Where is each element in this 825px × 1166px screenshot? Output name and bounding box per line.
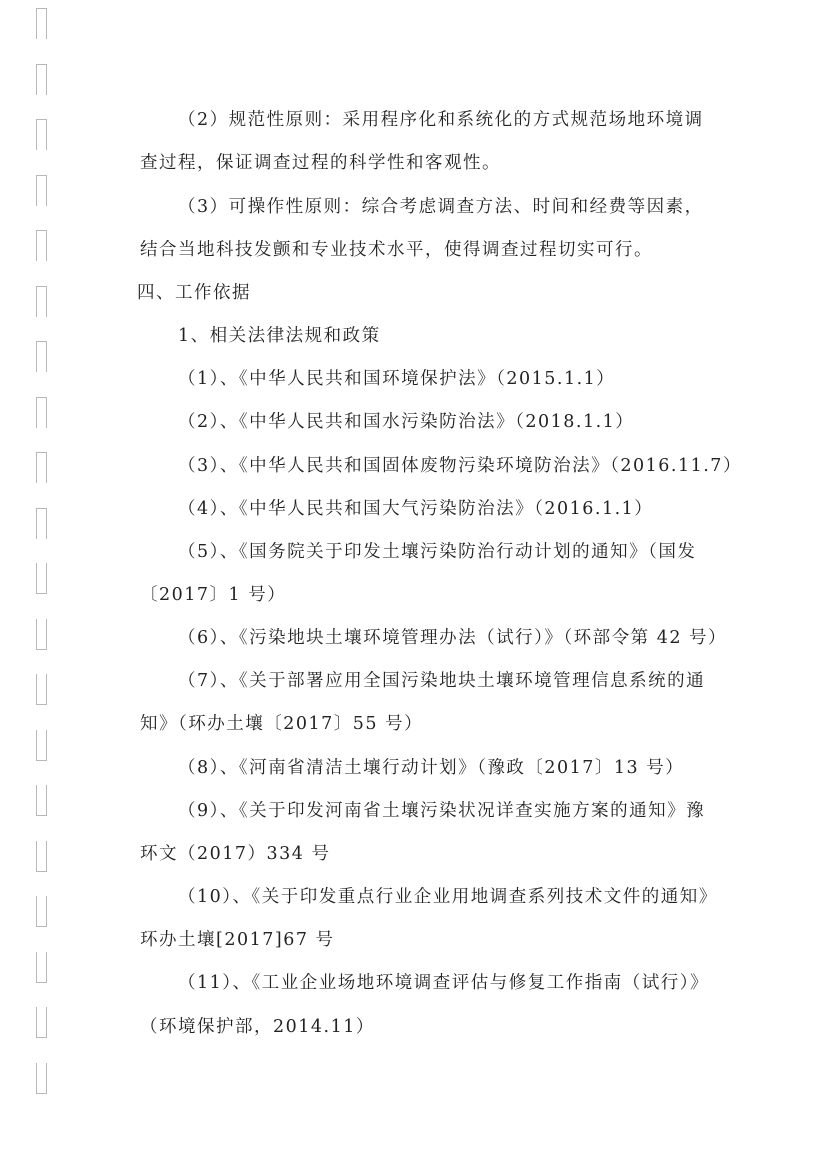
binding-hole-mark (36, 452, 47, 483)
binding-hole-mark (36, 896, 47, 927)
list-item-1: （1）、《中华人民共和国环境保护法》（2015.1.1） (178, 365, 615, 390)
paragraph-principle-3-line1: （3）可操作性原则：综合考虑调查方法、时间和经费等因素， (178, 193, 704, 218)
list-item-11-line1: （11）、《工业企业场地环境调查评估与修复工作指南（试行）》 (178, 969, 709, 994)
binding-hole-mark (36, 730, 47, 761)
binding-hole-mark (36, 230, 47, 261)
binding-hole-mark (36, 1007, 47, 1038)
paragraph-principle-3-line2: 结合当地科技发颤和专业技术水平，使得调查过程切实可行。 (140, 236, 653, 261)
binding-hole-mark (36, 563, 47, 594)
list-item-10-line2: 环办土壤[2017]67 号 (140, 926, 335, 951)
binding-holes (30, 0, 54, 1166)
binding-hole-mark (36, 785, 47, 816)
binding-hole-mark (36, 175, 47, 206)
list-item-10-line1: （10）、《关于印发重点行业企业用地调查系列技术文件的通知》 (178, 883, 718, 908)
binding-hole-mark (36, 841, 47, 872)
list-item-9-line2: 环文（2017）334 号 (140, 840, 331, 865)
list-item-8: （8）、《河南省清洁土壤行动计划》（豫政〔2017〕13 号） (178, 754, 684, 779)
subsection-heading-laws: 1、相关法律法规和政策 (178, 322, 381, 347)
list-item-11-line2: （环境保护部，2014.11） (140, 1013, 375, 1038)
binding-hole-mark (36, 119, 47, 150)
section-heading-work-basis: 四、工作依据 (137, 279, 251, 304)
list-item-4: （4）、《中华人民共和国大气污染防治法》（2016.1.1） (178, 495, 653, 520)
binding-hole-mark (36, 674, 47, 705)
binding-hole-mark (36, 619, 47, 650)
list-item-7-line2: 知》（环办土壤〔2017〕55 号） (140, 710, 423, 735)
list-item-3: （3）、《中华人民共和国固体废物污染环境防治法》（2016.11.7） (178, 452, 742, 477)
binding-hole-mark (36, 1063, 47, 1094)
list-item-5-line2: 〔2017〕1 号） (140, 581, 286, 606)
binding-hole-mark (36, 341, 47, 372)
list-item-2: （2）、《中华人民共和国水污染防治法》（2018.1.1） (178, 408, 634, 433)
list-item-5-line1: （5）、《国务院关于印发土壤污染防治行动计划的通知》（国发 (178, 538, 696, 563)
binding-hole-mark (36, 397, 47, 428)
paragraph-principle-2-line2: 查过程，保证调查过程的科学性和客观性。 (140, 149, 501, 174)
binding-hole-mark (36, 952, 47, 983)
list-item-9-line1: （9）、《关于印发河南省土壤污染状况详查实施方案的通知》豫 (178, 797, 705, 822)
binding-hole-mark (36, 64, 47, 95)
list-item-7-line1: （7）、《关于部署应用全国污染地块土壤环境管理信息系统的通 (178, 667, 705, 692)
paragraph-principle-2-line1: （2）规范性原则：采用程序化和系统化的方式规范场地环境调 (178, 106, 704, 131)
binding-hole-mark (36, 508, 47, 539)
list-item-6: （6）、《污染地块土壤环境管理办法（试行）》（环部令第 42 号） (178, 624, 727, 649)
binding-hole-mark (36, 8, 47, 39)
binding-hole-mark (36, 286, 47, 317)
